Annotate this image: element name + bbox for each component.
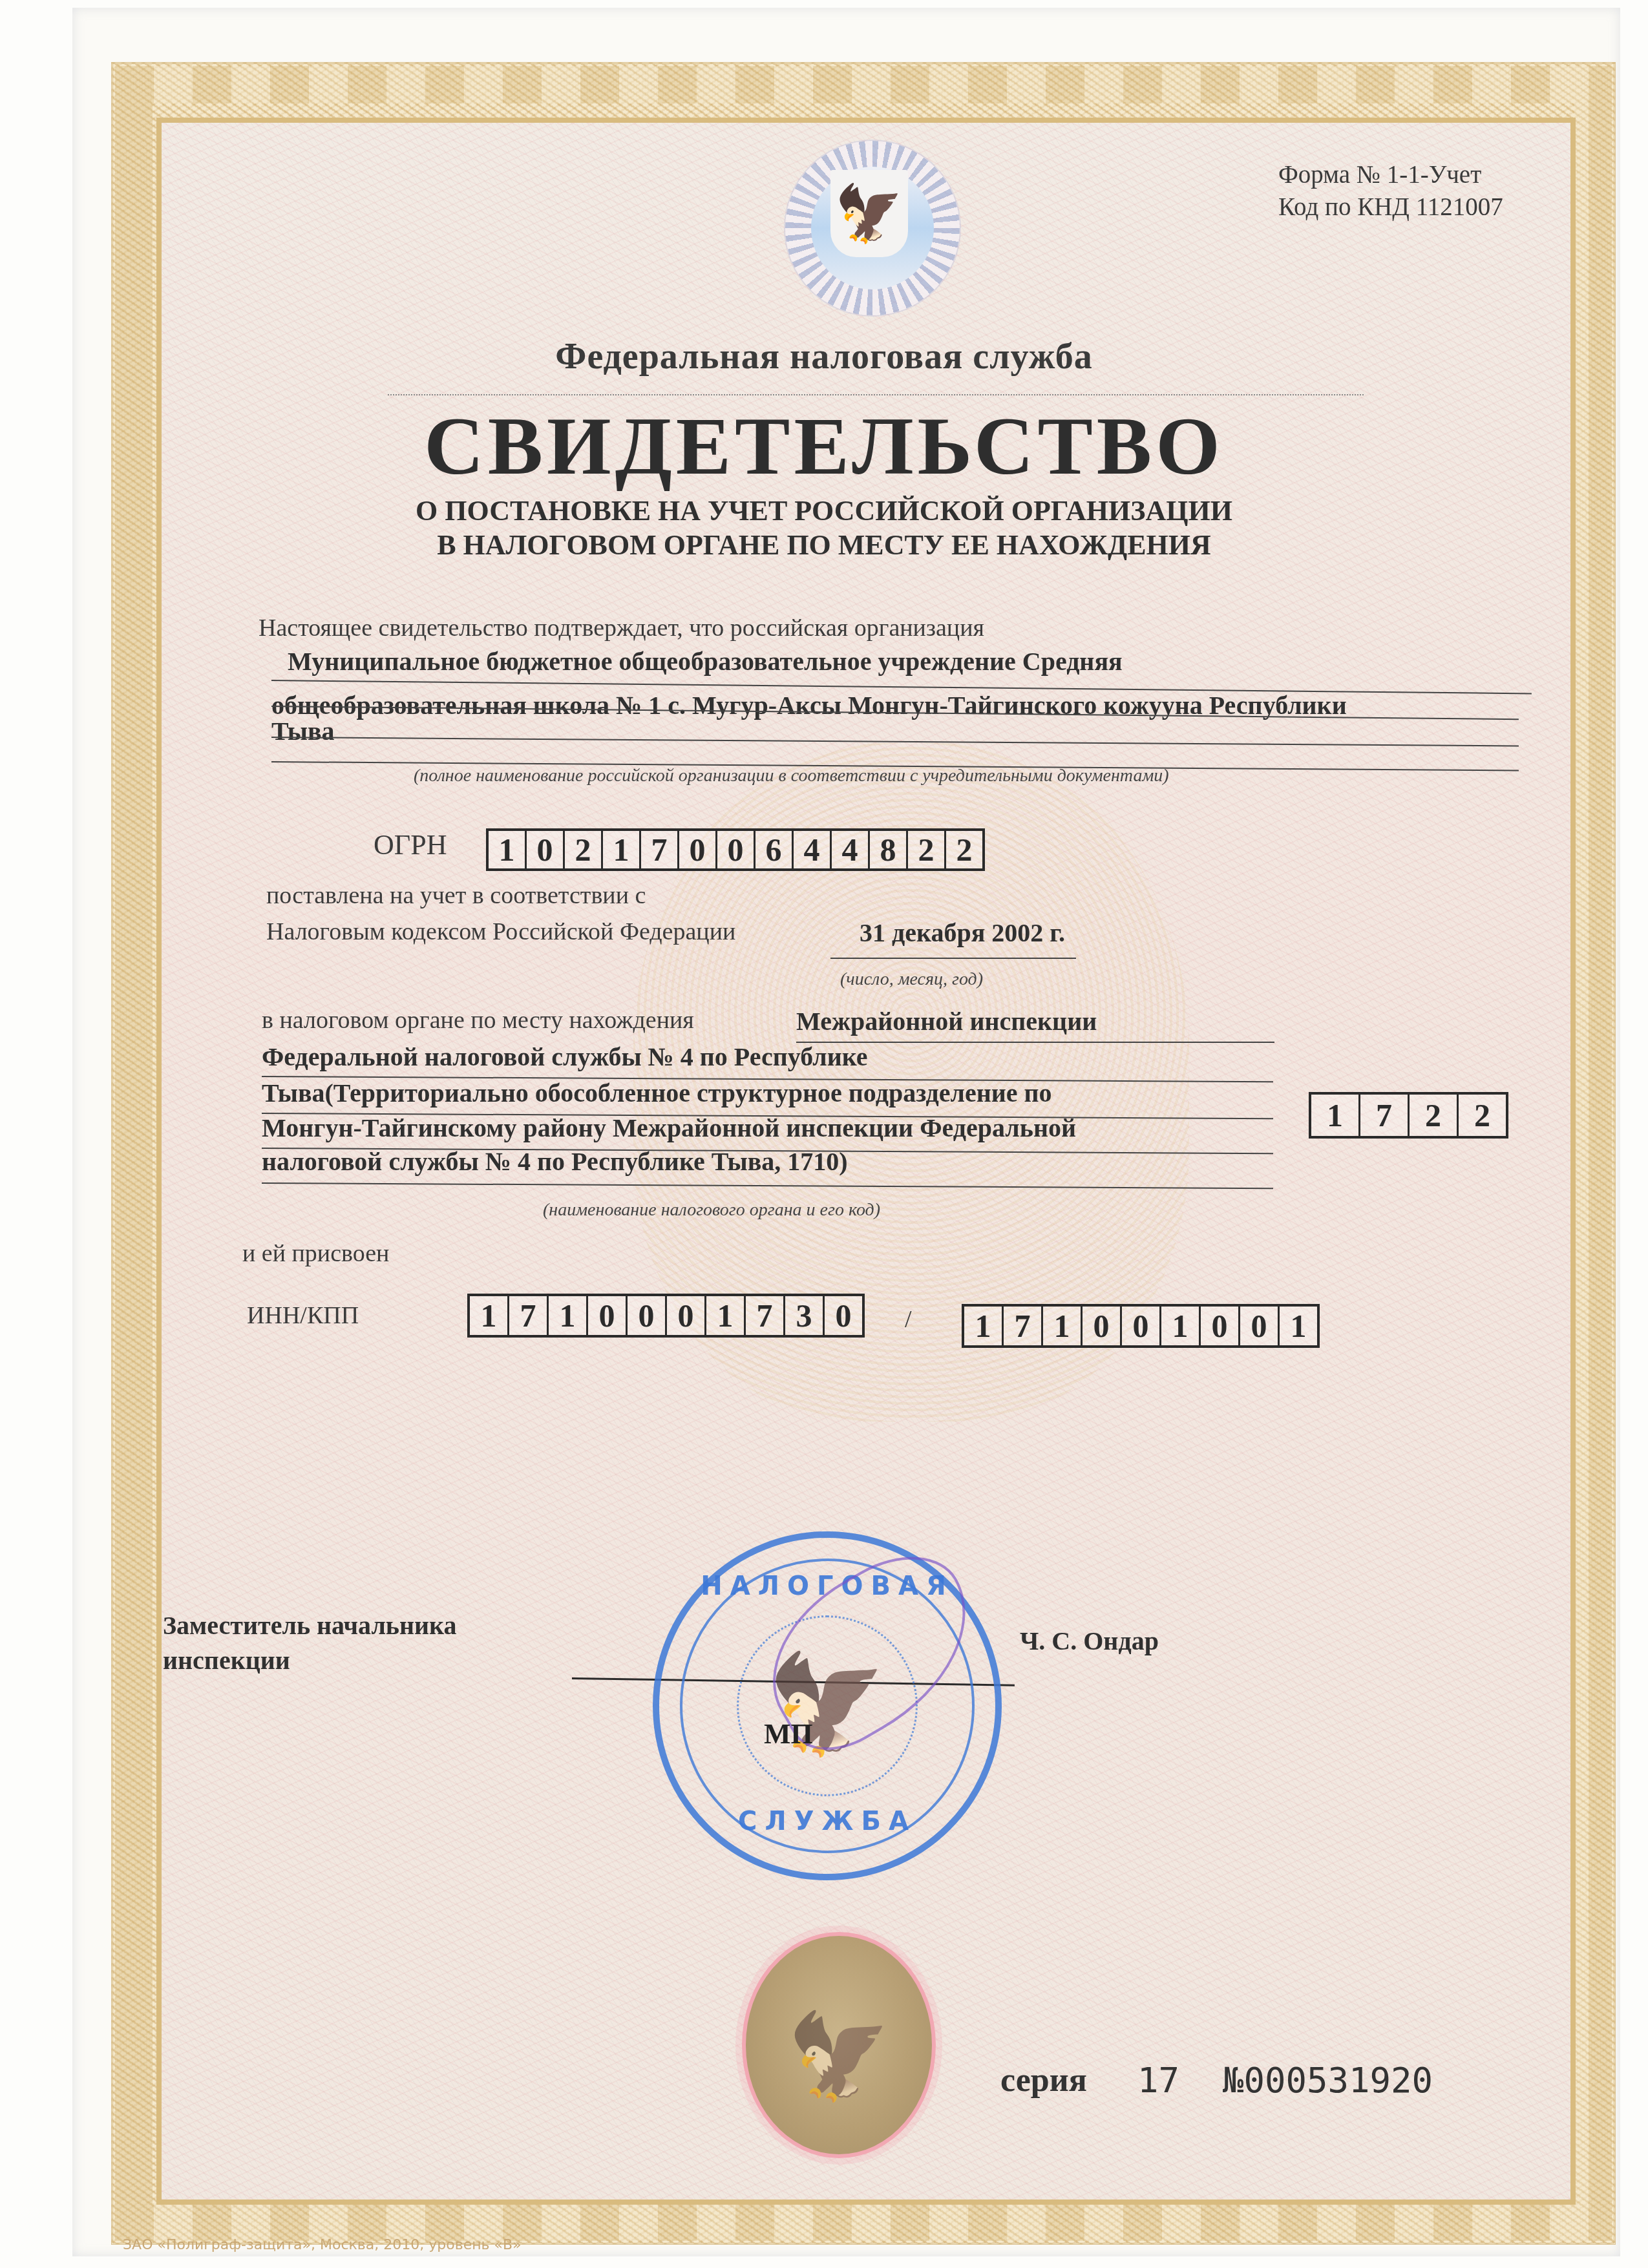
tax-authority-code-digit: 2 xyxy=(1410,1095,1459,1136)
certificate-subtitle-line-1: О ПОСТАНОВКЕ НА УЧЕТ РОССИЙСКОЙ ОРГАНИЗА… xyxy=(0,494,1648,527)
kpp-digit: 0 xyxy=(1201,1307,1240,1345)
tax-authority-code-digit: 2 xyxy=(1459,1095,1506,1136)
certificate-subtitle-line-2: В НАЛОГОВОМ ОРГАНЕ ПО МЕСТУ ЕЕ НАХОЖДЕНИ… xyxy=(0,529,1648,562)
tax-authority-line-3: Тыва(Территориально обособленное структу… xyxy=(262,1078,1052,1108)
inn-digit: 7 xyxy=(509,1296,549,1335)
certificate-title: СВИДЕТЕЛЬСТВО xyxy=(0,401,1648,491)
inn-value: 1710001730 xyxy=(467,1294,865,1338)
inn-kpp-separator: / xyxy=(905,1305,912,1334)
tax-authority-line-2: Федеральной налоговой службы № 4 по Респ… xyxy=(262,1042,868,1072)
organization-intro: Настоящее свидетельство подтверждает, чт… xyxy=(259,614,984,642)
inn-digit: 0 xyxy=(667,1296,706,1335)
tax-authority-code-digit: 1 xyxy=(1311,1095,1360,1136)
inn-digit: 1 xyxy=(470,1296,509,1335)
ogrn-digit: 1 xyxy=(489,831,527,868)
signer-position-line-2: инспекции xyxy=(163,1645,290,1675)
kpp-digit: 1 xyxy=(1161,1307,1201,1345)
tax-authority-line-5: налоговой службы № 4 по Республике Тыва,… xyxy=(262,1146,848,1177)
inn-digit: 3 xyxy=(785,1296,825,1335)
signer-name: Ч. С. Ондар xyxy=(1020,1626,1159,1656)
kpp-digit: 0 xyxy=(1083,1307,1122,1345)
tax-authority-line-4: Монгун-Тайгинскому району Межрайонной ин… xyxy=(262,1113,1076,1143)
divider xyxy=(388,394,1364,395)
ogrn-digit: 4 xyxy=(832,831,870,868)
organization-name-caption: (полное наименование российской организа… xyxy=(414,766,1169,786)
date-caption: (число, месяц, год) xyxy=(840,969,983,990)
ogrn-digit: 6 xyxy=(755,831,794,868)
tax-authority-intro: в налоговом органе по месту нахождения xyxy=(262,1006,694,1034)
underline xyxy=(796,1042,1274,1043)
inn-digit: 0 xyxy=(628,1296,667,1335)
kpp-digit: 1 xyxy=(1280,1307,1317,1345)
inn-digit: 1 xyxy=(549,1296,588,1335)
inn-digit: 0 xyxy=(588,1296,628,1335)
issuer-name: Федеральная налоговая служба xyxy=(0,336,1648,377)
kpp-digit: 1 xyxy=(964,1307,1004,1345)
kpp-value: 171001001 xyxy=(962,1304,1320,1348)
ogrn-value: 1021700644822 xyxy=(486,828,985,871)
ogrn-digit: 1 xyxy=(603,831,641,868)
kpp-digit: 0 xyxy=(1122,1307,1161,1345)
ogrn-digit: 2 xyxy=(565,831,603,868)
inn-digit: 0 xyxy=(825,1296,862,1335)
kpp-digit: 7 xyxy=(1004,1307,1043,1345)
russian-coat-of-arms-icon: 🦅 xyxy=(830,170,908,257)
registration-date: 31 декабря 2002 г. xyxy=(860,918,1065,948)
form-number: Форма № 1-1-Учет xyxy=(1278,159,1503,191)
stamp-text-bottom: СЛУЖБА xyxy=(659,1807,995,1836)
tax-authority-line-1: Межрайонной инспекции xyxy=(796,1006,1097,1036)
ogrn-digit: 4 xyxy=(794,831,832,868)
seal-mark: МП xyxy=(764,1717,813,1750)
ogrn-digit: 0 xyxy=(679,831,717,868)
inn-digit: 7 xyxy=(746,1296,785,1335)
ogrn-digit: 2 xyxy=(908,831,946,868)
kpp-digit: 1 xyxy=(1043,1307,1083,1345)
kpp-digit: 0 xyxy=(1240,1307,1280,1345)
underline xyxy=(830,958,1076,959)
assignment-intro: и ей присвоен xyxy=(242,1239,389,1268)
series-label: серия xyxy=(1000,2061,1087,2099)
tax-authority-caption: (наименование налогового органа и его ко… xyxy=(543,1200,880,1221)
signer-position-line-1: Заместитель начальника xyxy=(163,1610,457,1641)
ogrn-label: ОГРН xyxy=(374,828,447,861)
organization-name-line-1: Муниципальное бюджетное общеобразователь… xyxy=(288,646,1123,677)
tax-authority-code-digit: 7 xyxy=(1360,1095,1410,1136)
registration-line-1: поставлена на учет в соответствии с xyxy=(266,881,646,910)
printer-note: ЗАО «Полиграф-защита», Москва, 2010, уро… xyxy=(123,2237,522,2253)
organization-name-line-3: Тыва xyxy=(271,716,335,746)
form-meta: Форма № 1-1-Учет Код по КНД 1121007 xyxy=(1278,159,1503,224)
registration-line-2: Налоговым кодексом Российской Федерации xyxy=(266,918,735,946)
ogrn-digit: 2 xyxy=(946,831,982,868)
eagle-emblem-icon: 🦅 xyxy=(746,2007,932,2106)
tax-authority-code: 1722 xyxy=(1309,1092,1508,1139)
inn-digit: 1 xyxy=(706,1296,746,1335)
ogrn-digit: 0 xyxy=(527,831,565,868)
ogrn-digit: 8 xyxy=(870,831,908,868)
ogrn-digit: 7 xyxy=(641,831,679,868)
hologram-emblem: 🦅 xyxy=(785,141,960,315)
knd-code: Код по КНД 1121007 xyxy=(1278,191,1503,224)
inn-kpp-label: ИНН/КПП xyxy=(247,1301,359,1330)
certificate-number: №000531920 xyxy=(1223,2060,1433,2101)
series-value: 17 xyxy=(1137,2060,1179,2101)
ogrn-digit: 0 xyxy=(717,831,755,868)
embossed-gold-seal: 🦅 xyxy=(742,1932,936,2158)
